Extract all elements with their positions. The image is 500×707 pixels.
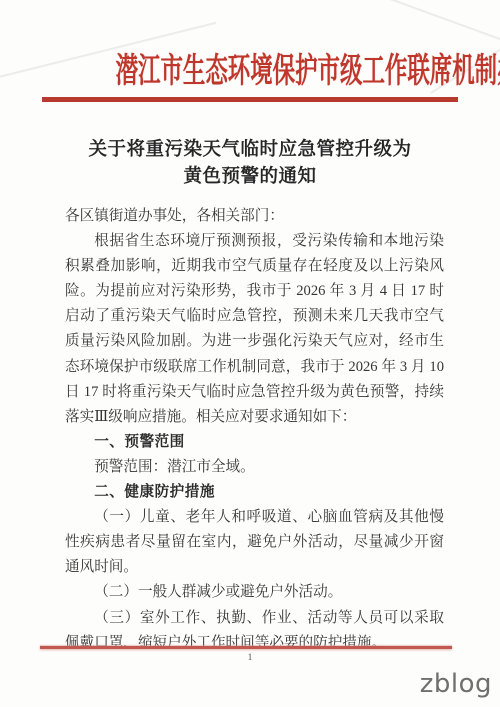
watermark-zblog: zblog [420,669,492,699]
document-title-line2: 黄色预警的通知 [0,164,500,191]
section-heading-warning-scope: 一、预警范围 [65,430,444,455]
letterhead-office-name: 潜江市生态环境保护市级工作联席机制办公室 [116,52,500,92]
warning-scope-text: 预警范围：潜江市全域。 [65,455,444,480]
document-title: 关于将重污染天气临时应急管控升级为 黄色预警的通知 [0,137,500,191]
intro-paragraph: 根据省生态环境厅预测预报，受污染传输和本地污染积累叠加影响，近期我市空气质量存在… [65,229,444,430]
letterhead: 潜江市生态环境保护市级工作联席机制办公室 [0,52,500,92]
salutation: 各区镇街道办事处，各相关部门： [65,204,444,229]
health-measure-item-2: （二）一般人群减少或避免户外活动。 [65,580,444,605]
section-heading-health-measures: 二、健康防护措施 [65,480,444,505]
scan-crease-line [355,0,500,52]
page-bottom-edge-line [40,646,452,649]
document-title-line1: 关于将重污染天气临时应急管控升级为 [0,137,500,164]
scanned-notice-page: 潜江市生态环境保护市级工作联席机制办公室 关于将重污染天气临时应急管控升级为 黄… [0,0,500,707]
health-measure-item-1: （一）儿童、老年人和呼吸道、心脑血管病及其他慢性疾病患者尽量留在室内，避免户外活… [65,505,444,580]
document-body: 各区镇街道办事处，各相关部门： 根据省生态环境厅预测预报，受污染传输和本地污染积… [65,204,444,656]
letterhead-double-rule [42,97,458,102]
page-number: 1 [0,652,500,662]
